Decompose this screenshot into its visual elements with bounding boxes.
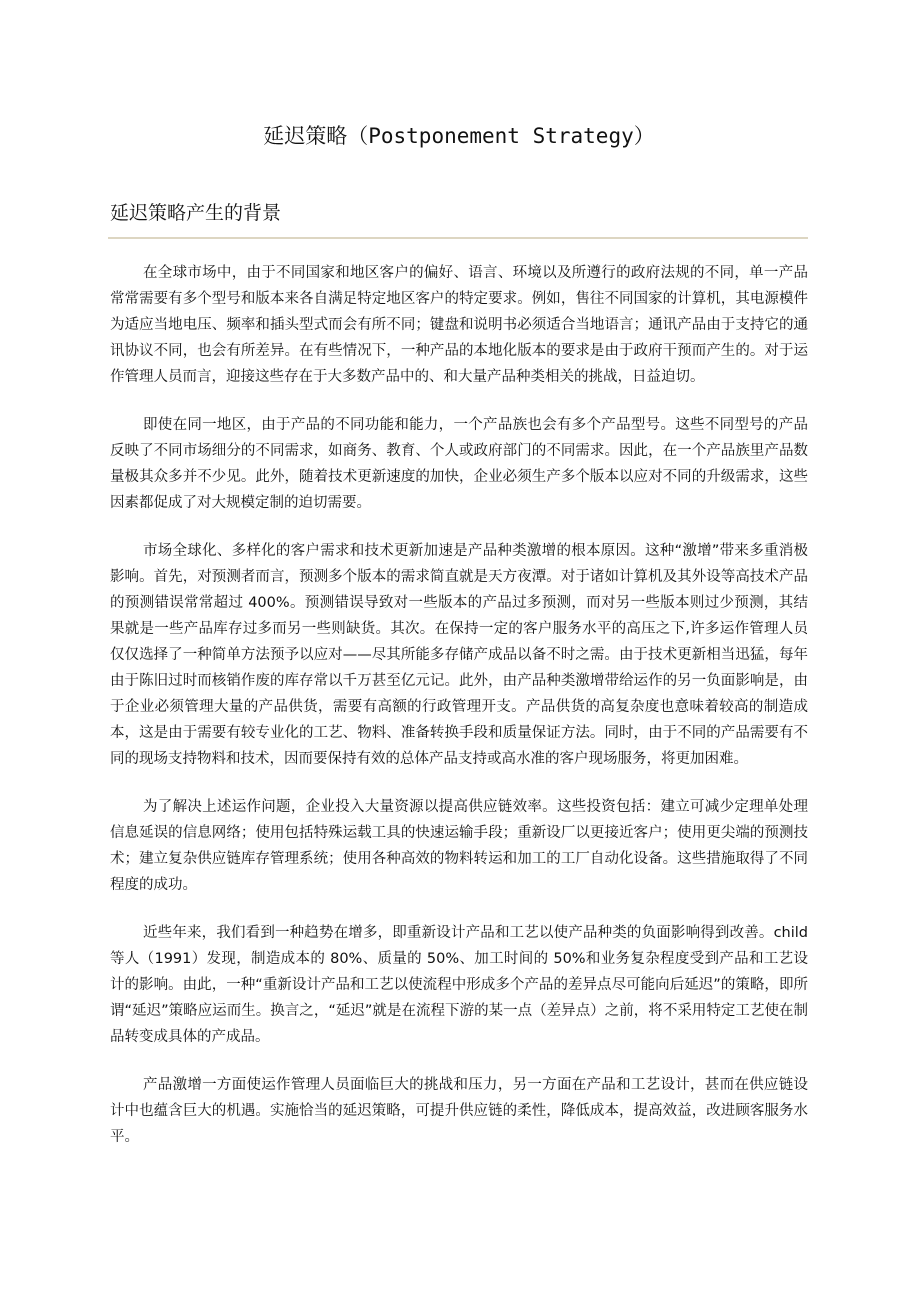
section-divider bbox=[108, 237, 808, 239]
paragraph-3: 市场全球化、多样化的客户需求和技术更新加速是产品种类激增的根本原因。这种“激增”… bbox=[110, 538, 808, 772]
paragraph-1: 在全球市场中，由于不同国家和地区客户的偏好、语言、环境以及所遵行的政府法规的不同… bbox=[110, 260, 808, 390]
paragraph-6: 产品激增一方面使运作管理人员面临巨大的挑战和压力，另一方面在产品和工艺设计，甚而… bbox=[110, 1072, 808, 1150]
section-heading: 延迟策略产生的背景 bbox=[110, 199, 281, 227]
paragraph-2: 即使在同一地区，由于产品的不同功能和能力，一个产品族也会有多个产品型号。这些不同… bbox=[110, 412, 808, 516]
document-body: 在全球市场中，由于不同国家和地区客户的偏好、语言、环境以及所遵行的政府法规的不同… bbox=[110, 260, 808, 1172]
paragraph-4: 为了解决上述运作问题，企业投入大量资源以提高供应链效率。这些投资包括：建立可减少… bbox=[110, 794, 808, 898]
document-title: 延迟策略（Postponement Strategy） bbox=[110, 121, 808, 151]
paragraph-5: 近些年来，我们看到一种趋势在增多，即重新设计产品和工艺以使产品种类的负面影响得到… bbox=[110, 920, 808, 1050]
